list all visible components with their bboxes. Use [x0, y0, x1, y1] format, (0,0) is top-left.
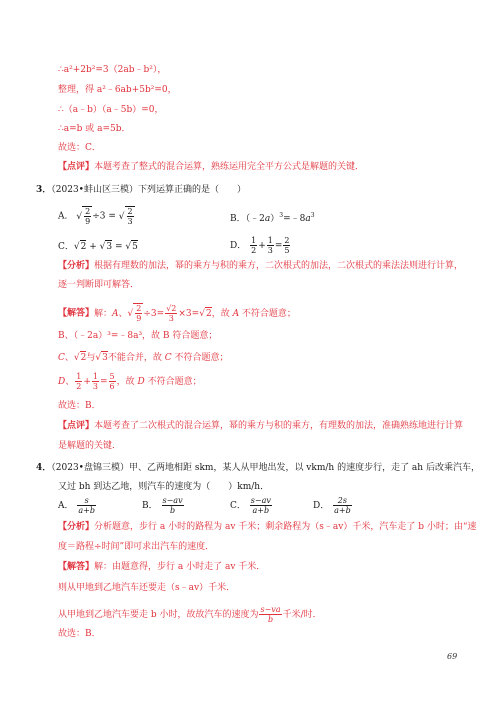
- question-text-cont: 又过 bh 到达乙地，则汽车的速度为（ ）km/h．: [58, 481, 269, 493]
- question-4-stem: 4．（2023•盘锦三模）甲、乙两地相距 skm，某人从甲地出发，以 vkm/h…: [36, 462, 480, 474]
- answer-line: 则从甲地到乙地汽车还要走（s﹣av）千米．: [58, 582, 235, 594]
- option-d: D． 12+13=25: [230, 236, 291, 255]
- analysis-tag: 【分析】: [58, 261, 94, 271]
- review-tag: 【点评】: [58, 162, 94, 172]
- option-label: C．: [58, 242, 74, 252]
- answer-line-a: 【解答】解：A、√29÷3=√23×3=√2，故 A 不符合题意；: [58, 303, 296, 323]
- radical: √29: [76, 206, 92, 226]
- option-label: B．: [142, 501, 158, 511]
- option-c: C． s−ava+b: [230, 496, 273, 515]
- answer-choice: 故选：B．: [58, 628, 101, 640]
- page-number: 69: [447, 652, 457, 661]
- review-tag: 【点评】: [58, 421, 94, 431]
- review-comment: 【点评】本题考查了整式的混合运算，熟练运用完全平方公式是解题的关键．: [58, 161, 364, 173]
- review-text: 本题考查了整式的混合运算，熟练运用完全平方公式是解题的关键．: [94, 162, 364, 172]
- option-label: B．: [230, 214, 246, 224]
- option-a: A． sa+b: [58, 496, 97, 515]
- document-page: ∴a²+2b²=3（2ab﹣b²）， 整理，得 a²﹣6ab+5b²=0， ∴（…: [0, 0, 500, 707]
- question-number: 4．: [36, 463, 51, 473]
- option-label: A．: [58, 501, 74, 511]
- question-text: （2023•蚌山区三模）下列运算正确的是（ ）: [51, 185, 246, 195]
- answer-line-c: C、√2与√3不能合并，故 C 不符合题意；: [58, 351, 229, 364]
- analysis-block: 【分析】根据有理数的加法，幂的乘方与积的乘方，二次根式的加法，二次根式的乘法法则…: [58, 260, 463, 272]
- option-label: C．: [230, 501, 246, 511]
- solution-line: ∴（a﹣b）（a﹣5b）=0，: [58, 104, 163, 116]
- review-comment: 【点评】本题考查了二次根式的混合运算，幂的乘方与积的乘方，有理数的加法，准确熟练…: [58, 420, 463, 432]
- option-b: B． s−avb: [142, 496, 185, 515]
- radical: √23: [119, 206, 135, 226]
- question-text: （2023•盘锦三模）甲、乙两地相距 skm，某人从甲地出发，以 vkm/h 的…: [51, 463, 480, 473]
- answer-choice: 故选：B．: [58, 400, 101, 412]
- answer-text: 解：由题意得，步行 a 小时走了 av 千米．: [94, 562, 265, 572]
- analysis-block: 【分析】分析题意，步行 a 小时的路程为 av 千米；剩余路程为（s﹣av）千米…: [58, 521, 476, 533]
- option-label: D．: [313, 501, 329, 511]
- analysis-text-cont: 度＝路程÷时间”即可求出汽车的速度．: [58, 541, 214, 553]
- solution-choice: 故选：C．: [58, 142, 101, 154]
- solution-line: ∴a²+2b²=3（2ab﹣b²），: [58, 64, 166, 76]
- solution-line: 整理，得 a²﹣6ab+5b²=0，: [58, 84, 177, 96]
- option-c: C．√2 + √3 = √5: [58, 240, 138, 253]
- answer-tag: 【解答】: [58, 309, 94, 319]
- answer-block: 【解答】解：由题意得，步行 a 小时走了 av 千米．: [58, 561, 265, 573]
- answer-line-d: D、12+13=56，故 D 不符合题意；: [58, 372, 202, 391]
- option-a: A． √29÷3 = √23: [58, 206, 135, 226]
- solution-line: ∴a=b 或 a=5b．: [58, 123, 131, 135]
- option-b: B．（﹣2a）3=﹣8a3: [230, 210, 315, 225]
- question-3-stem: 3．（2023•蚌山区三模）下列运算正确的是（ ）: [36, 184, 246, 196]
- answer-tag: 【解答】: [58, 562, 94, 572]
- analysis-text: 根据有理数的加法，幂的乘方与积的乘方，二次根式的加法，二次根式的乘法法则进行计算…: [94, 261, 463, 271]
- option-label: A．: [58, 212, 74, 222]
- option-d: D． 2sa+b: [313, 496, 353, 515]
- review-text: 本题考查了二次根式的混合运算，幂的乘方与积的乘方，有理数的加法，准确熟练地进行计…: [94, 421, 463, 431]
- analysis-text: 分析题意，步行 a 小时的路程为 av 千米；剩余路程为（s﹣av）千米，汽车走…: [94, 522, 476, 532]
- review-text-cont: 是解题的关键．: [58, 440, 121, 452]
- analysis-tag: 【分析】: [58, 522, 94, 532]
- answer-line-speed: 从甲地到乙地汽车要走 b 小时，故故汽车的速度为s−vab千米/时．: [58, 605, 322, 624]
- option-label: D．: [230, 241, 246, 251]
- answer-line: B、（﹣2a）³=﹣8a³，故 B 符合题意；: [58, 330, 217, 342]
- analysis-text-cont: 逐一判断即可解答．: [58, 279, 139, 291]
- question-number: 3．: [36, 185, 51, 195]
